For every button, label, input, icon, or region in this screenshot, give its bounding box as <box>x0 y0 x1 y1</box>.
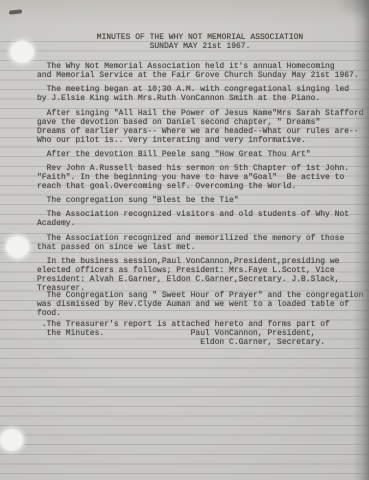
hole-punch <box>0 429 23 451</box>
title-line: SUNDAY MAY 21st 1967. <box>37 42 363 51</box>
text-line: "Faith". In the beginning you have to ha… <box>37 173 369 182</box>
scan-top-shade <box>0 0 369 26</box>
typewritten-text: MINUTES OF THE WHY NOT MEMORIAL ASSOCIAT… <box>37 33 369 347</box>
text-line: Rev John A.Russell based his sermon on 5… <box>37 164 369 173</box>
text-line: the Minutes. Paul VonCannon, President, <box>37 329 369 338</box>
paragraph: The congregation sung "Blest be the Tie" <box>37 196 369 205</box>
text-line: Who our pilot is.. Very interating and v… <box>37 136 369 145</box>
paragraph: In the business session,Paul VonCannon,P… <box>37 257 369 293</box>
text-line: Academy. <box>37 219 369 228</box>
hole-punch <box>10 41 34 63</box>
text-line: elected officers as follows; President: … <box>37 266 369 275</box>
hole-punch <box>6 236 29 258</box>
text-line: food. <box>37 309 369 318</box>
text-line: gave the devotion based on Daniel second… <box>37 118 369 127</box>
text-line: that passed on since we last met. <box>37 243 369 252</box>
document-page: MINUTES OF THE WHY NOT MEMORIAL ASSOCIAT… <box>0 0 369 480</box>
paragraph: The Association recognized visitors and … <box>37 210 369 228</box>
text-line: was dismissed by Rev.Clyde Auman and we … <box>37 300 369 309</box>
text-line: by J.Elsie King with Mrs.Ruth VonCannon … <box>37 94 369 103</box>
text-line: After the devotion Bill Peele sang "How … <box>37 150 369 159</box>
paragraph: Rev John A.Russell based his sermon on 5… <box>37 164 369 191</box>
text-line: The Congregation sang " Sweet Hour of Pr… <box>37 291 369 300</box>
document-body: The Why Not Memorial Association held it… <box>37 62 369 347</box>
document-title: MINUTES OF THE WHY NOT MEMORIAL ASSOCIAT… <box>37 33 363 51</box>
text-line: .The Treasurer's report is attached here… <box>37 320 369 329</box>
text-line: President: Alvah E.Garner, Eldon C.Garne… <box>37 275 369 284</box>
text-line: The Association recognized and memoriliz… <box>37 234 369 243</box>
text-line: The Association recognized visitors and … <box>37 210 369 219</box>
paragraph: The Association recognized and memoriliz… <box>37 234 369 252</box>
paragraph: After singing "All Hail the Power of Jes… <box>37 109 369 145</box>
text-line: Eldon C.Garner, Secretary. <box>37 338 369 347</box>
page-edge-shadow <box>353 0 369 480</box>
text-line: In the business session,Paul VonCannon,P… <box>37 257 369 266</box>
paragraph: .The Treasurer's report is attached here… <box>37 320 369 347</box>
title-line: MINUTES OF THE WHY NOT MEMORIAL ASSOCIAT… <box>37 33 363 42</box>
paragraph: The meeting began at 10;30 A.M. with con… <box>37 85 369 103</box>
text-line: The meeting began at 10;30 A.M. with con… <box>37 85 369 94</box>
text-line: and Memorial Service at the Fair Grove C… <box>37 71 369 80</box>
paragraph: The Congregation sang " Sweet Hour of Pr… <box>37 291 369 318</box>
text-line: reach that goal.Overcoming self. Overcom… <box>37 182 369 191</box>
text-line: The Why Not Memorial Association held it… <box>37 62 369 71</box>
text-line: The congregation sung "Blest be the Tie" <box>37 196 369 205</box>
text-line: After singing "All Hail the Power of Jes… <box>37 109 369 118</box>
paragraph: After the devotion Bill Peele sang "How … <box>37 150 369 159</box>
paragraph: The Why Not Memorial Association held it… <box>37 62 369 80</box>
page-corner-shadow <box>335 0 369 20</box>
text-line: Dreams of earlier years-- Where we are h… <box>37 127 369 136</box>
